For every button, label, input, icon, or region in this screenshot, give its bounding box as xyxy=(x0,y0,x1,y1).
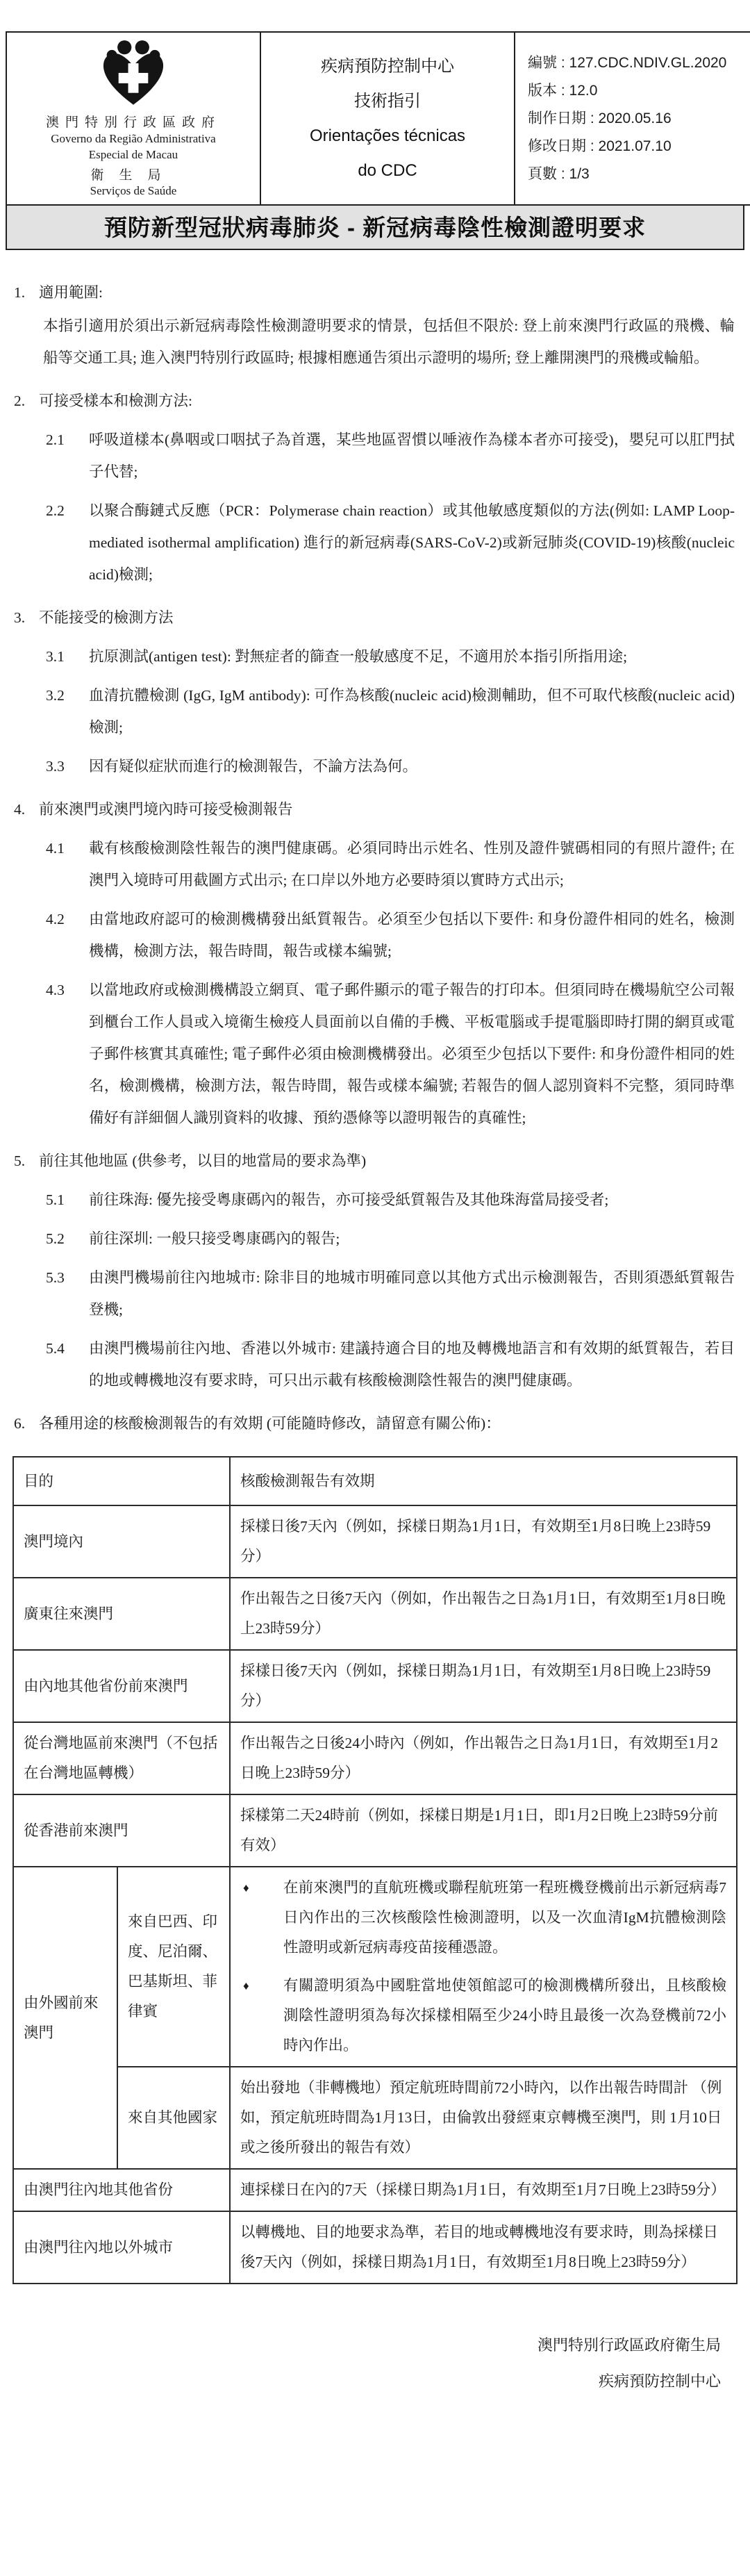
purpose-cell: 從台灣地區前來澳門（不包括在台灣地區轉機） xyxy=(13,1722,230,1794)
validity-cell: 以轉機地、目的地要求為準，若目的地或轉機地沒有要求時，則為採樣日後7天內（例如，… xyxy=(230,2211,737,2284)
clause-number: 3.1 xyxy=(46,641,89,672)
section-number: 1. xyxy=(14,276,39,308)
purpose-cell: 由澳門往內地以外城市 xyxy=(13,2211,230,2284)
clause-number: 2.2 xyxy=(46,495,89,591)
clause-text: 前往珠海: 優先接受粵康碼內的報告，亦可接受紙質報告及其他珠海當局接受者; xyxy=(89,1184,735,1216)
bullet-text: 有關證明須為中國駐當地使領館認可的檢測機構所發出，且核酸檢測陰性證明須為每次採樣… xyxy=(283,1971,726,2061)
gov-name-pt-line1: Governo da Região Administrativa xyxy=(11,131,256,147)
doc-number: 編號 : 127.CDC.NDIV.GL.2020 xyxy=(519,49,750,77)
validity-cell: 作出報告之日後24小時內（例如，作出報告之日為1月1日，有效期至1月2日晚上23… xyxy=(230,1722,737,1794)
document-header: 澳門特別行政區政府 Governo da Região Administrati… xyxy=(6,31,750,206)
clause-number: 3.2 xyxy=(46,679,89,743)
clause-text: 呼吸道樣本(鼻咽或口咽拭子為首選，某些地區習慣以唾液作為樣本者亦可接受)，嬰兒可… xyxy=(89,424,735,488)
document-title: 預防新型冠狀病毒肺炎 - 新冠病毒陰性檢測證明要求 xyxy=(6,204,744,250)
table-row-foreign-other: 來自其他國家 始出發地（非轉機地）預定航班時間前72小時內，以作出報告時間計 （… xyxy=(13,2067,737,2169)
clause-number: 2.1 xyxy=(46,424,89,488)
section-title: 前來澳門或澳門境內時可接受檢測報告 xyxy=(39,793,735,825)
table-header-row: 目的 核酸檢測報告有效期 xyxy=(13,1457,737,1505)
clause-number: 4.3 xyxy=(46,974,89,1134)
clause-number: 4.2 xyxy=(46,903,89,967)
section-6: 6. 各種用途的核酸檢測報告的有效期 (可能隨時修改，請留意有關公佈)： xyxy=(14,1407,735,1439)
guideline-label-zh: 技術指引 xyxy=(265,84,510,119)
purpose-cell-foreign: 由外國前來澳門 xyxy=(13,1867,117,2169)
footer-bureau-name: 澳門特別行政區政府衛生局 xyxy=(0,2327,721,2363)
section-number: 2. xyxy=(14,385,39,417)
clause-number: 5.3 xyxy=(46,1262,89,1326)
header-meta-cell: 編號 : 127.CDC.NDIV.GL.2020 版本 : 12.0 制作日期… xyxy=(515,32,750,205)
clause-4-2: 4.2 由當地政府認可的檢測機構發出紙質報告。必須至少包括以下要件: 和身份證件… xyxy=(46,903,735,967)
purpose-cell: 廣東往來澳門 xyxy=(13,1578,230,1650)
validity-cell-other-countries: 始出發地（非轉機地）預定航班時間前72小時內，以作出報告時間計 （例如，預定航班… xyxy=(230,2067,737,2169)
validity-cell: 連採樣日在內的7天（採樣日期為1月1日，有效期至1月7日晚上23時59分） xyxy=(230,2169,737,2211)
clause-4-3: 4.3 以當地政府或檢測機構設立網頁、電子郵件顯示的電子報告的打印本。但須同時在… xyxy=(46,974,735,1134)
document-footer: 澳門特別行政區政府衛生局 疾病預防控制中心 xyxy=(0,2327,750,2400)
clause-text: 因有疑似症狀而進行的檢測報告，不論方法為何。 xyxy=(89,750,735,782)
table-row: 從香港前來澳門 採樣第二天24時前（例如，採樣日期是1月1日，即1月2日晚上23… xyxy=(13,1794,737,1867)
table-row: 從台灣地區前來澳門（不包括在台灣地區轉機） 作出報告之日後24小時內（例如，作出… xyxy=(13,1722,737,1794)
purpose-cell: 由澳門往內地其他省份 xyxy=(13,2169,230,2211)
clause-text: 由澳門機場前往內地城市: 除非目的地城市明確同意以其他方式出示檢測報告，否則須憑… xyxy=(89,1262,735,1326)
section-paragraph: 本指引適用於須出示新冠病毒陰性檢測證明要求的情景，包括但不限於: 登上前來澳門行… xyxy=(43,310,735,374)
origin-cell-restricted-countries: 來自巴西、印度、尼泊爾、巴基斯坦、菲律賓 xyxy=(117,1867,230,2067)
table-row: 由澳門往內地以外城市 以轉機地、目的地要求為準，若目的地或轉機地沒有要求時，則為… xyxy=(13,2211,737,2284)
document-page: 澳門特別行政區政府 Governo da Região Administrati… xyxy=(0,0,750,2576)
clause-4-1: 4.1 載有核酸檢測陰性報告的澳門健康碼。必須同時出示姓名、性別及證件號碼相同的… xyxy=(46,832,735,896)
table-row: 澳門境內 採樣日後7天內（例如，採樣日期為1月1日，有效期至1月8日晚上23時5… xyxy=(13,1505,737,1578)
footer-cdc-name: 疾病預防控制中心 xyxy=(0,2363,721,2400)
clause-text: 前往深圳: 一般只接受粵康碼內的報告; xyxy=(89,1223,735,1255)
clause-number: 3.3 xyxy=(46,750,89,782)
doc-created-date: 制作日期 : 2020.05.16 xyxy=(519,105,750,133)
section-number: 5. xyxy=(14,1145,39,1177)
clause-3-3: 3.3 因有疑似症狀而進行的檢測報告，不論方法為何。 xyxy=(46,750,735,782)
header-logo-cell: 澳門特別行政區政府 Governo da Região Administrati… xyxy=(6,32,260,205)
clause-3-1: 3.1 抗原測試(antigen test): 對無症者的篩查一般敏感度不足，不… xyxy=(46,641,735,672)
gov-name-pt-line2: Especial de Macau xyxy=(11,147,256,163)
clause-2-2: 2.2 以聚合酶鏈式反應（PCR：Polymerase chain reacti… xyxy=(46,495,735,591)
bureau-name-zh: 衛生局 xyxy=(11,165,256,183)
clause-text: 由澳門機場前往內地、香港以外城市: 建議持適合目的地及轉機地語言和有效期的紙質報… xyxy=(89,1332,735,1396)
clause-number: 5.1 xyxy=(46,1184,89,1216)
section-1: 1. 適用範圍: 本指引適用於須出示新冠病毒陰性檢測證明要求的情景，包括但不限於… xyxy=(14,276,735,374)
clause-5-4: 5.4 由澳門機場前往內地、香港以外城市: 建議持適合目的地及轉機地語言和有效期… xyxy=(46,1332,735,1396)
header-center-cell: 疾病預防控制中心 技術指引 Orientações técnicas do CD… xyxy=(260,32,515,205)
clause-text: 以聚合酶鏈式反應（PCR：Polymerase chain reaction）或… xyxy=(89,495,735,591)
doc-page-count: 頁數 : 1/3 xyxy=(519,160,750,188)
validity-cell: 作出報告之日後7天內（例如，作出報告之日為1月1日，有效期至1月8日晚上23時5… xyxy=(230,1578,737,1650)
bullet-text: 在前來澳門的直航班機或聯程航班第一程班機登機前出示新冠病毒7日內作出的三次核酸陰… xyxy=(283,1873,726,1963)
section-4: 4. 前來澳門或澳門境內時可接受檢測報告 4.1 載有核酸檢測陰性報告的澳門健康… xyxy=(14,793,735,1134)
doc-modified-date: 修改日期 : 2021.07.10 xyxy=(519,133,750,160)
validity-cell: 採樣日後7天內（例如，採樣日期為1月1日，有效期至1月8日晚上23時59分） xyxy=(230,1650,737,1722)
validity-cell: 採樣第二天24時前（例如，採樣日期是1月1日，即1月2日晚上23時59分前有效） xyxy=(230,1794,737,1867)
section-title: 各種用途的核酸檢測報告的有效期 (可能隨時修改，請留意有關公佈)： xyxy=(39,1407,735,1439)
clause-text: 血清抗體檢測 (IgG, IgM antibody): 可作為核酸(nuclei… xyxy=(89,679,735,743)
bullet-item: ♦ 有關證明須為中國駐當地使領館認可的檢測機構所發出，且核酸檢測陰性證明須為每次… xyxy=(240,1971,726,2061)
clause-text: 載有核酸檢測陰性報告的澳門健康碼。必須同時出示姓名、性別及證件號碼相同的有照片證… xyxy=(89,832,735,896)
column-header-purpose: 目的 xyxy=(13,1457,230,1505)
clause-number: 5.4 xyxy=(46,1332,89,1396)
purpose-cell: 由內地其他省份前來澳門 xyxy=(13,1650,230,1722)
section-title: 可接受樣本和檢測方法: xyxy=(39,385,735,417)
gov-name-zh: 澳門特別行政區政府 xyxy=(11,112,256,131)
document-body: 1. 適用範圍: 本指引適用於須出示新冠病毒陰性檢測證明要求的情景，包括但不限於… xyxy=(14,276,735,1439)
table-row: 由內地其他省份前來澳門 採樣日後7天內（例如，採樣日期為1月1日，有效期至1月8… xyxy=(13,1650,737,1722)
purpose-cell: 澳門境內 xyxy=(13,1505,230,1578)
section-title: 前往其他地區 (供參考，以目的地當局的要求為準) xyxy=(39,1145,735,1177)
clause-5-1: 5.1 前往珠海: 優先接受粵康碼內的報告，亦可接受紙質報告及其他珠海當局接受者… xyxy=(46,1184,735,1216)
clause-number: 4.1 xyxy=(46,832,89,896)
table-row: 由澳門往內地其他省份 連採樣日在內的7天（採樣日期為1月1日，有效期至1月7日晚… xyxy=(13,2169,737,2211)
health-bureau-logo-icon xyxy=(94,40,172,108)
section-number: 6. xyxy=(14,1407,39,1439)
cdc-title-zh: 疾病預防控制中心 xyxy=(265,49,510,84)
validity-cell-restricted-countries: ♦ 在前來澳門的直航班機或聯程航班第一程班機登機前出示新冠病毒7日內作出的三次核… xyxy=(230,1867,737,2067)
bureau-name-pt: Serviços de Saúde xyxy=(11,183,256,199)
validity-table: 目的 核酸檢測報告有效期 澳門境內 採樣日後7天內（例如，採樣日期為1月1日，有… xyxy=(12,1456,737,2284)
clause-text: 以當地政府或檢測機構設立網頁、電子郵件顯示的電子報告的打印本。但須同時在機場航空… xyxy=(89,974,735,1134)
doc-version: 版本 : 12.0 xyxy=(519,77,750,105)
section-title: 不能接受的檢測方法 xyxy=(39,602,735,634)
clause-text: 抗原測試(antigen test): 對無症者的篩查一般敏感度不足，不適用於本… xyxy=(89,641,735,672)
section-number: 3. xyxy=(14,602,39,634)
diamond-bullet-icon: ♦ xyxy=(240,1873,283,1963)
section-title: 適用範圍: xyxy=(39,276,735,308)
clause-number: 5.2 xyxy=(46,1223,89,1255)
section-2: 2. 可接受樣本和檢測方法: 2.1 呼吸道樣本(鼻咽或口咽拭子為首選，某些地區… xyxy=(14,385,735,591)
guideline-label-pt-line2: do CDC xyxy=(265,154,510,188)
origin-cell-other-countries: 來自其他國家 xyxy=(117,2067,230,2169)
section-5: 5. 前往其他地區 (供參考，以目的地當局的要求為準) 5.1 前往珠海: 優先… xyxy=(14,1145,735,1396)
clause-2-1: 2.1 呼吸道樣本(鼻咽或口咽拭子為首選，某些地區習慣以唾液作為樣本者亦可接受)… xyxy=(46,424,735,488)
clause-text: 由當地政府認可的檢測機構發出紙質報告。必須至少包括以下要件: 和身份證件相同的姓… xyxy=(89,903,735,967)
clause-5-2: 5.2 前往深圳: 一般只接受粵康碼內的報告; xyxy=(46,1223,735,1255)
column-header-validity: 核酸檢測報告有效期 xyxy=(230,1457,737,1505)
clause-5-3: 5.3 由澳門機場前往內地城市: 除非目的地城市明確同意以其他方式出示檢測報告，… xyxy=(46,1262,735,1326)
bullet-item: ♦ 在前來澳門的直航班機或聯程航班第一程班機登機前出示新冠病毒7日內作出的三次核… xyxy=(240,1873,726,1963)
clause-3-2: 3.2 血清抗體檢測 (IgG, IgM antibody): 可作為核酸(nu… xyxy=(46,679,735,743)
validity-cell: 採樣日後7天內（例如，採樣日期為1月1日，有效期至1月8日晚上23時59分） xyxy=(230,1505,737,1578)
section-3: 3. 不能接受的檢測方法 3.1 抗原測試(antigen test): 對無症… xyxy=(14,602,735,782)
table-row: 廣東往來澳門 作出報告之日後7天內（例如，作出報告之日為1月1日，有效期至1月8… xyxy=(13,1578,737,1650)
purpose-cell: 從香港前來澳門 xyxy=(13,1794,230,1867)
table-row-foreign-restricted: 由外國前來澳門 來自巴西、印度、尼泊爾、巴基斯坦、菲律賓 ♦ 在前來澳門的直航班… xyxy=(13,1867,737,2067)
section-number: 4. xyxy=(14,793,39,825)
guideline-label-pt-line1: Orientações técnicas xyxy=(265,119,510,154)
diamond-bullet-icon: ♦ xyxy=(240,1971,283,2061)
